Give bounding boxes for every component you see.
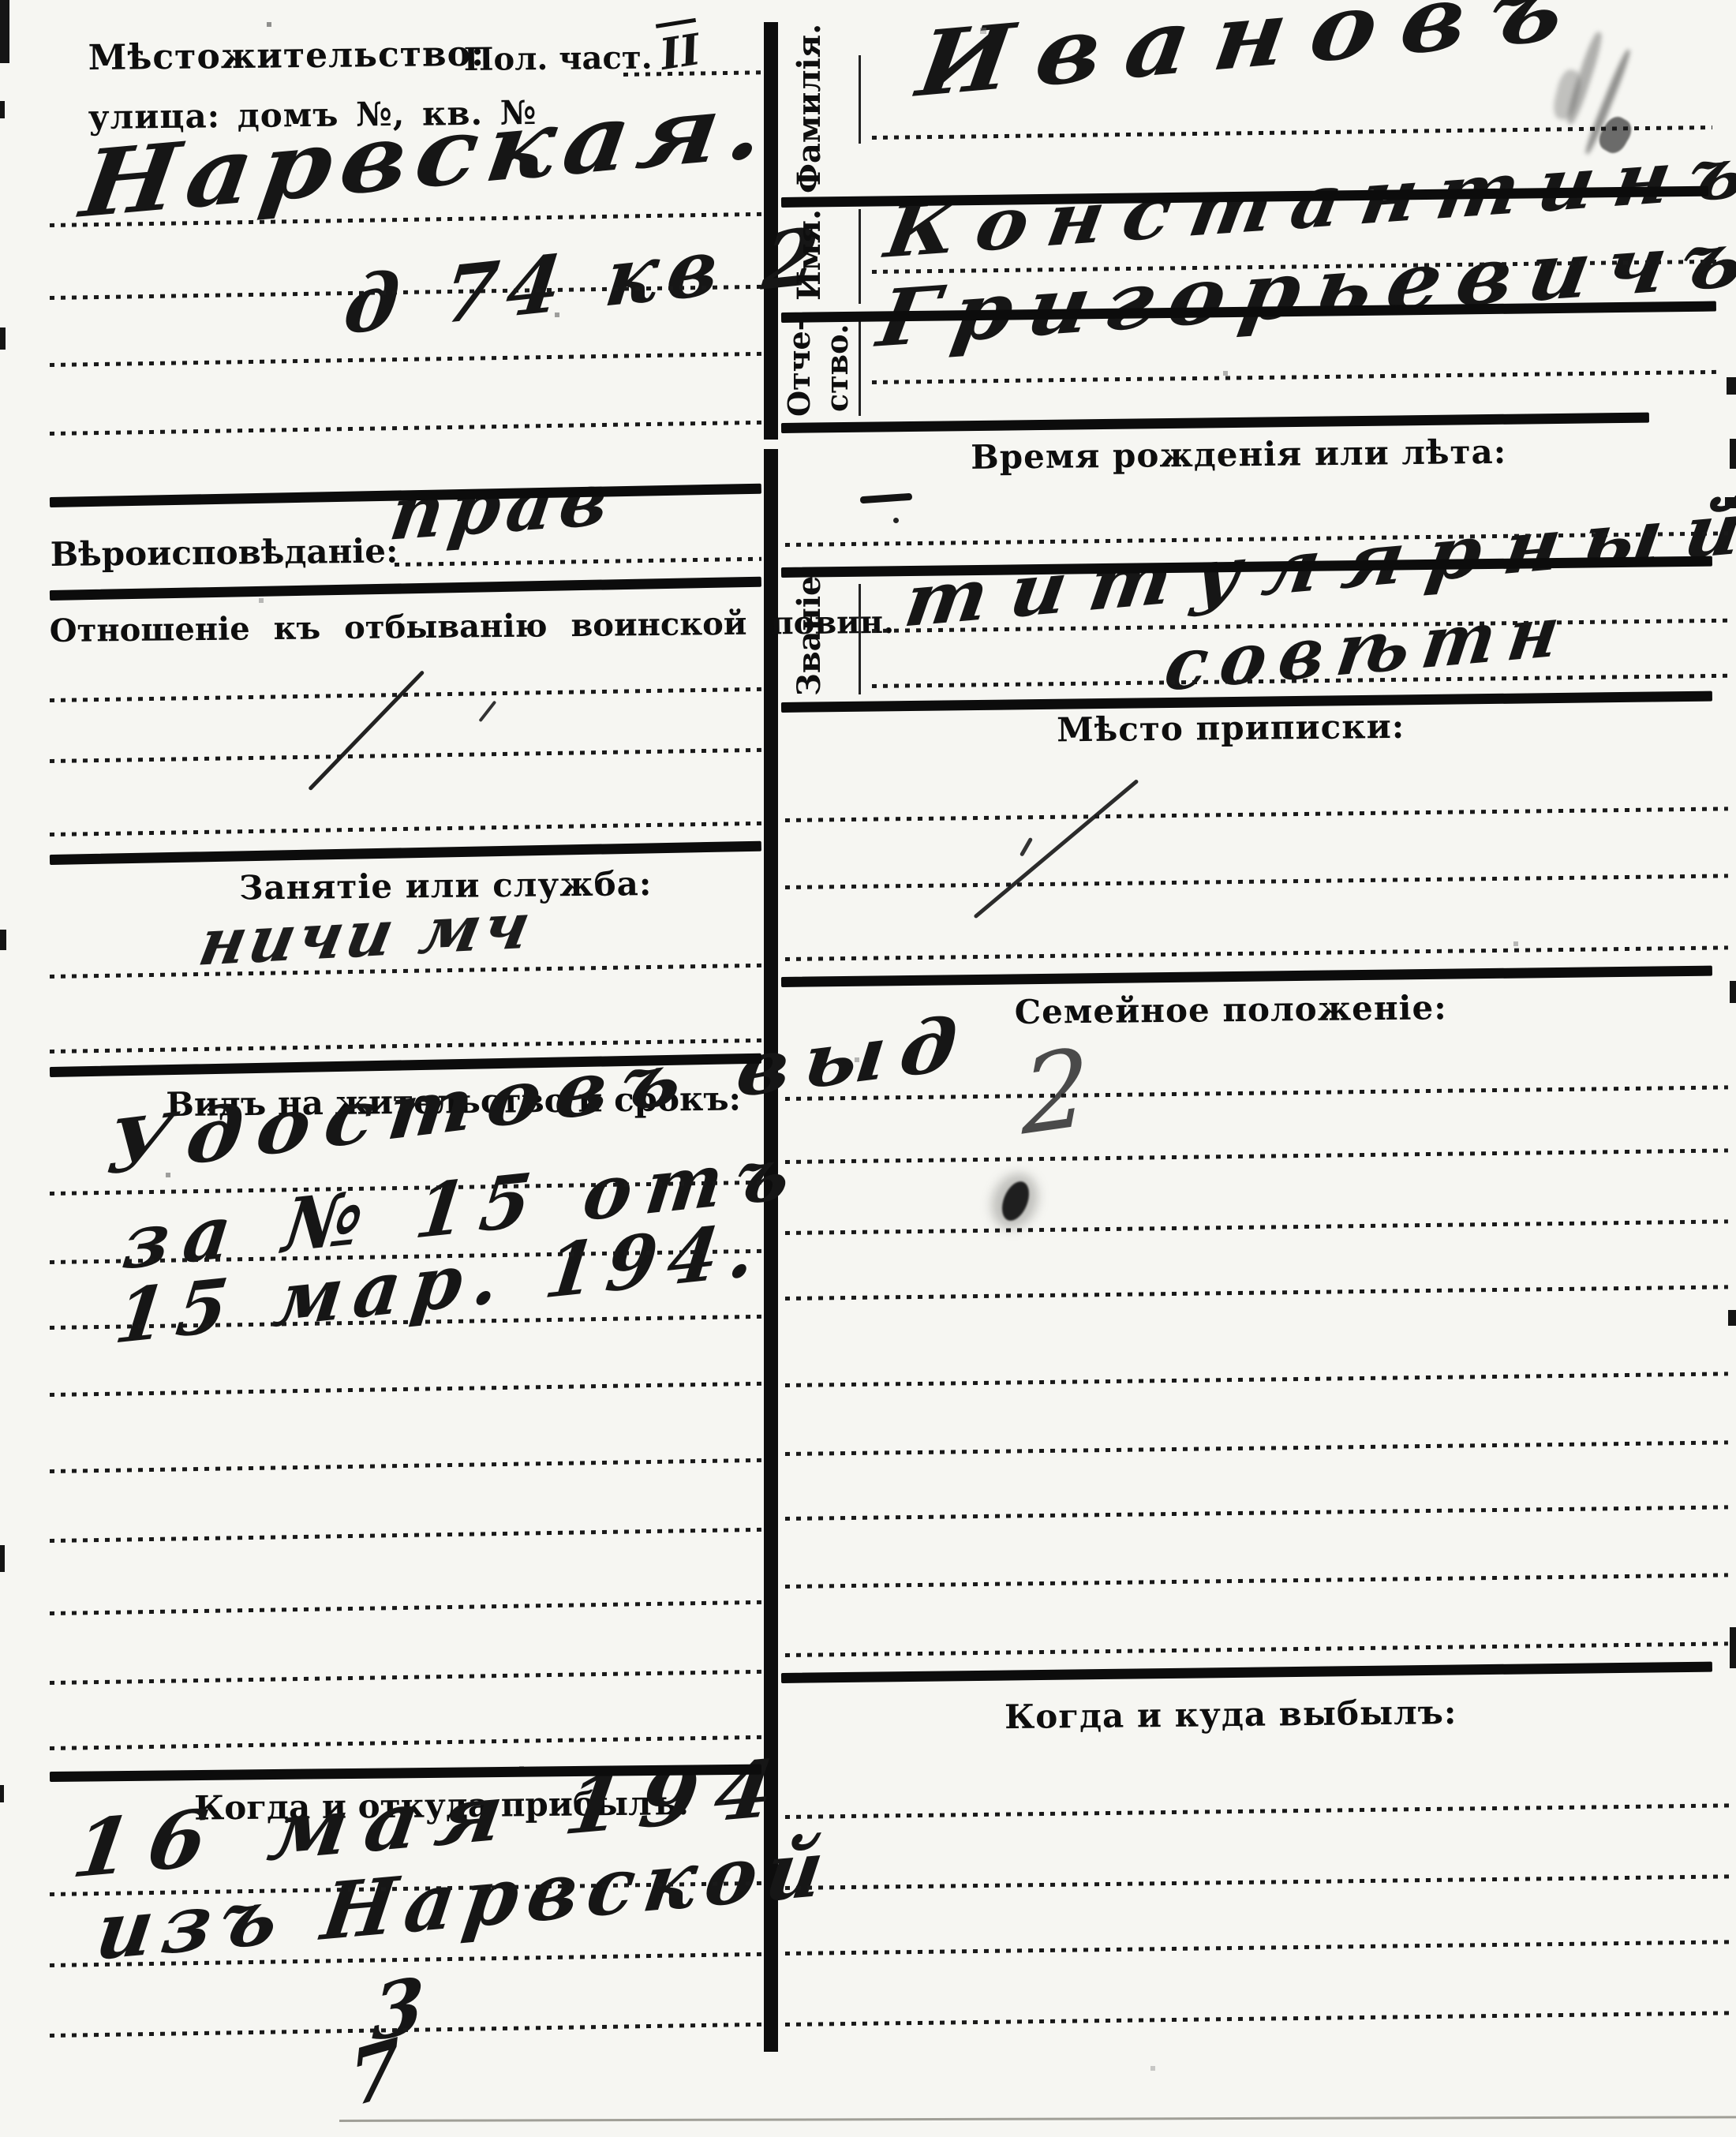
departed-label: Когда и куда выбылъ: (859, 1691, 1601, 1738)
bottom-edge-line (339, 2116, 1736, 2122)
scan-artifact (1730, 1627, 1736, 1668)
scan-artifact (1730, 439, 1736, 469)
dotted-line (785, 1372, 1728, 1387)
police-part-value: II (656, 18, 704, 80)
thick-rule (781, 413, 1649, 433)
scan-artifact (762, 440, 780, 449)
dotted-line (785, 1505, 1728, 1521)
label-box-line (859, 584, 861, 694)
label-box-line (859, 320, 861, 416)
military-service-label: Отношеніе къ отбыванію воинской повин. (50, 605, 761, 649)
dotted-line (785, 1148, 1728, 1164)
dotted-line (785, 1285, 1728, 1301)
religion-value: прав (385, 455, 620, 557)
dotted-line (785, 1940, 1732, 1955)
religion-label: Вѣроисповѣданіе: (50, 531, 398, 574)
dotted-line (785, 1874, 1732, 1890)
thick-rule (781, 1662, 1712, 1683)
street-value-line2: д 74 кв 2 (339, 210, 832, 353)
dotted-line (785, 1803, 1732, 1819)
dotted-line (50, 1382, 761, 1397)
scan-artifact (0, 327, 6, 350)
dotted-line (785, 1440, 1728, 1456)
dotted-line (785, 2011, 1732, 2027)
registration-tick-mark (1020, 837, 1033, 857)
scan-artifact (0, 0, 9, 63)
scan-artifact (1728, 1310, 1736, 1326)
registration-card: Мѣстожительство: Пол. част. улица: домъ … (0, 0, 1736, 2137)
dotted-line (50, 821, 761, 836)
family-status-value: 2 (1022, 1025, 1089, 1159)
dotted-line (50, 1600, 761, 1615)
family-status-label: Семейное положеніе: (859, 986, 1601, 1033)
thick-rule (50, 577, 761, 601)
patronymic-row-label-line2: ство. (819, 319, 855, 417)
thick-rule (781, 966, 1712, 987)
thick-rule (50, 841, 761, 865)
name-row-label: Имя. (791, 204, 828, 306)
scan-artifact (0, 101, 5, 118)
birth-dot-mark (893, 518, 899, 523)
label-box-line (859, 55, 861, 144)
dotted-line (50, 1458, 761, 1473)
surname-row-label: Фамилія. (791, 32, 828, 193)
dotted-line (785, 1219, 1728, 1235)
dotted-line (785, 945, 1728, 961)
dotted-line (785, 1641, 1728, 1657)
dotted-line (872, 125, 1712, 140)
dotted-line (785, 874, 1728, 889)
patronymic-row-label-line1: Отче- (781, 319, 817, 417)
dotted-line (785, 807, 1728, 822)
dotted-line (50, 352, 761, 367)
scan-artifact (1730, 981, 1736, 1003)
registration-slash-mark (973, 779, 1139, 919)
registration-label: Мѣсто приписки: (859, 705, 1601, 751)
dotted-line (395, 557, 761, 567)
dotted-line (50, 421, 761, 436)
birth-label: Время рожденія или лѣта: (883, 432, 1593, 477)
dotted-line (50, 748, 761, 763)
scan-artifact (1725, 497, 1736, 508)
dotted-line (872, 370, 1716, 384)
dotted-line (50, 1528, 761, 1543)
scan-artifact (0, 1785, 4, 1802)
scan-artifact (0, 1545, 5, 1572)
dotted-line (785, 1573, 1728, 1589)
dotted-line (50, 1735, 761, 1750)
scan-artifact (1727, 377, 1736, 395)
dotted-line (50, 1670, 761, 1685)
rank-row-label: Званіе. (791, 578, 828, 696)
military-service-slash-mark (308, 670, 425, 791)
surname-value: Ивановъ (911, 0, 1595, 118)
arrived-value-digit-bottom: 7 (347, 2022, 403, 2125)
residence-label: Мѣстожительство: (88, 34, 485, 78)
label-box-line (859, 209, 861, 304)
birth-dash-mark (860, 493, 912, 504)
scan-artifact (0, 930, 6, 950)
military-service-tick-mark (478, 701, 496, 723)
